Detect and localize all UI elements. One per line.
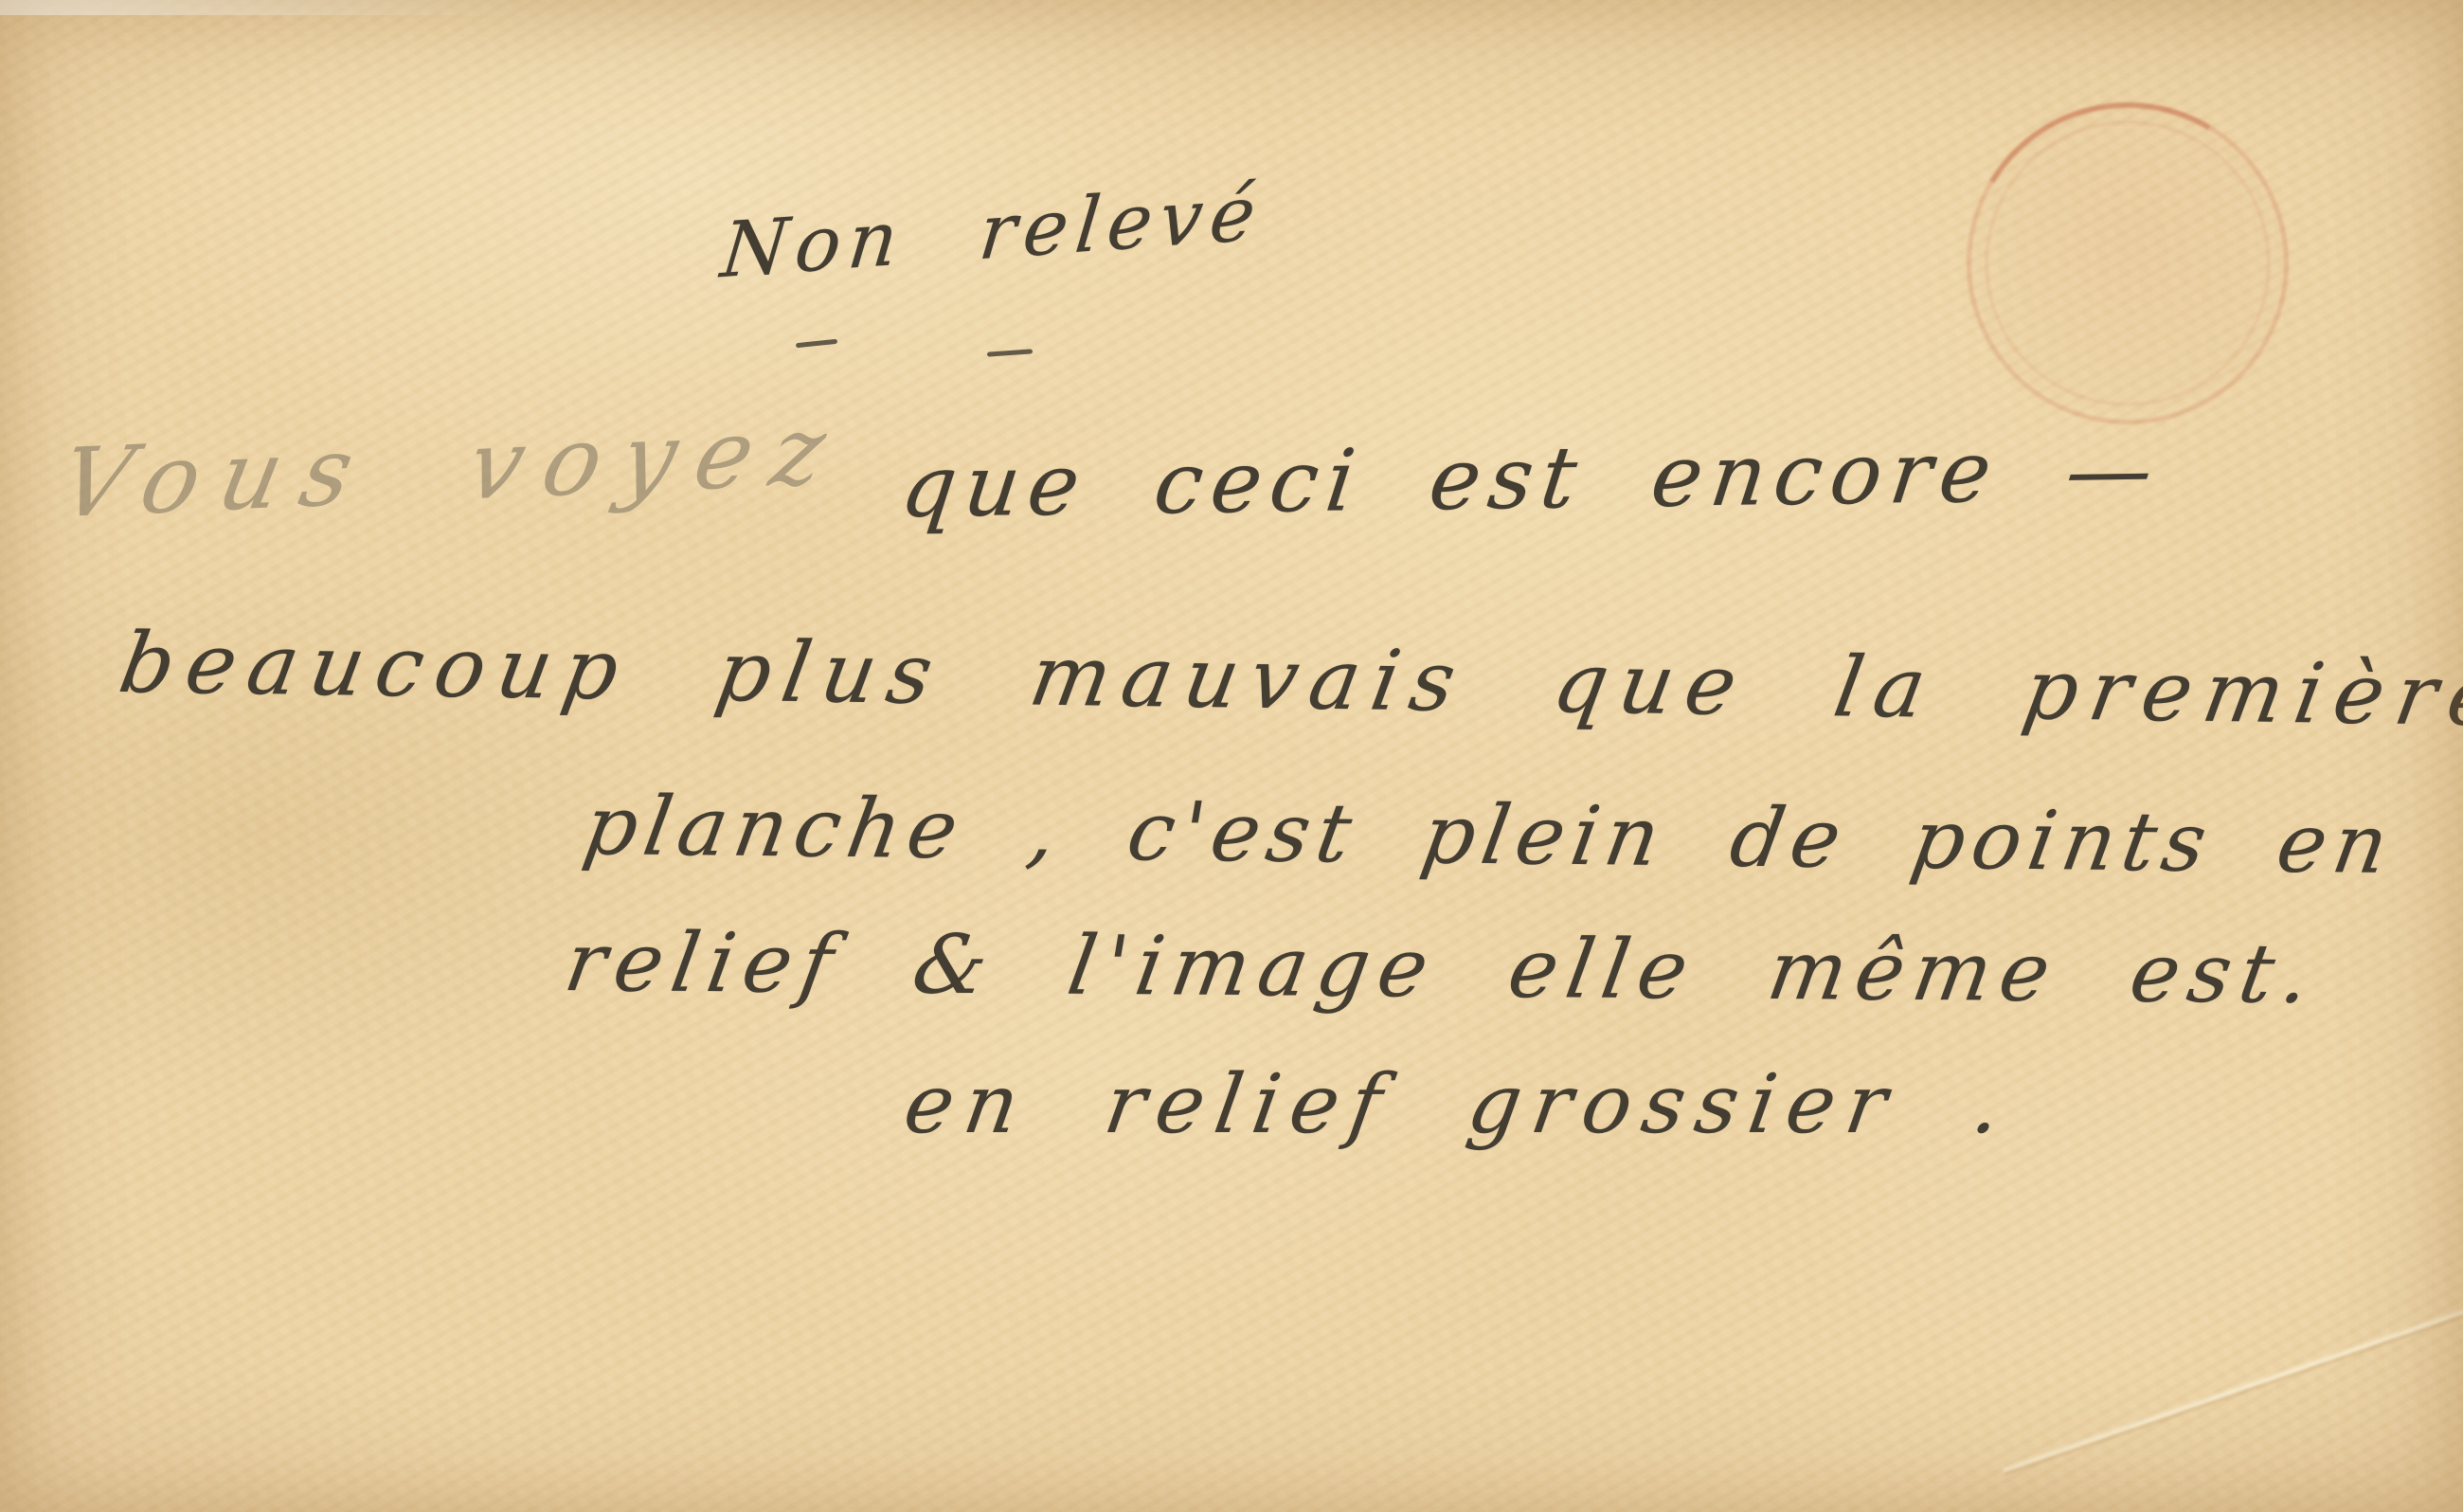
ink-line-1: que ceci est encore — [895, 420, 2166, 537]
postmark-circle-stamp [1967, 102, 2289, 424]
heading-underline-dash [987, 349, 1033, 356]
ink-line-2: beaucoup plus mauvais que la première [113, 614, 2463, 745]
heading-underline-dash [796, 339, 837, 349]
pencil-line-vous-voyez: Vous voyez [51, 393, 855, 539]
note-heading: Non relevé [717, 169, 1267, 296]
paper-crease [2002, 1293, 2463, 1477]
ink-line-4: relief & l'image elle même est. [559, 915, 2327, 1022]
ink-line-5: en relief grossier . [898, 1057, 2019, 1152]
ink-line-3: planche , c'est plein de points en [578, 779, 2402, 892]
scanned-handwritten-note: Non relevé Vous voyez que ceci est encor… [0, 0, 2463, 1512]
paper-edge-highlight [0, 0, 530, 15]
